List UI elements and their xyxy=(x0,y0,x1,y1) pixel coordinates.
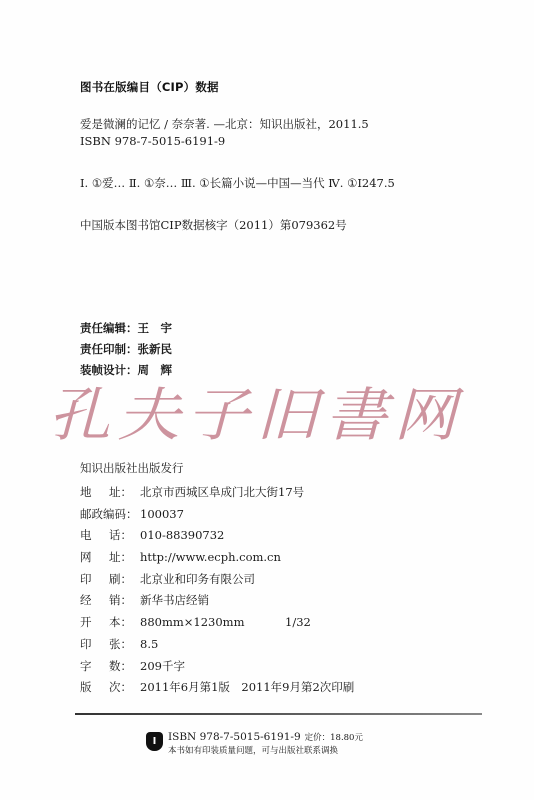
watermark: 孔夫子旧書网 xyxy=(48,382,534,448)
isbn-price-line: ISBN 978-7-5015-6191-9定价：18.80元 xyxy=(168,731,363,743)
colophon-key: 话： xyxy=(109,525,132,547)
divider-rule xyxy=(75,713,482,715)
quality-note: 本书如有印装质量问题，可与出版社联系调换 xyxy=(168,744,338,756)
colophon-key: 地 xyxy=(80,482,92,504)
colophon-key: 销： xyxy=(109,590,132,612)
price: 定价：18.80元 xyxy=(305,733,363,743)
colophon-value: 北京业和印务有限公司 xyxy=(140,569,255,591)
colophon-key: 网 xyxy=(80,547,92,569)
colophon-value: 209千字 xyxy=(140,656,185,678)
colophon-key: 刷： xyxy=(109,569,132,591)
isbn-number: ISBN 978-7-5015-6191-9 xyxy=(168,731,301,743)
format-fraction: 1/32 xyxy=(285,612,311,634)
credits-list: 责任编辑：王 宇 责任印制：张新民 装帧设计：周 辉 xyxy=(80,318,172,381)
colophon-value: 2011年6月第1版 2011年9月第2次印刷 xyxy=(140,677,354,699)
colophon-key: 邮政编码： xyxy=(80,504,138,526)
credit-label: 责任编辑： xyxy=(80,321,138,335)
credit-value: 张新民 xyxy=(138,342,173,356)
credit-row: 责任印制：张新民 xyxy=(80,339,172,360)
colophon-value: 010-88390732 xyxy=(140,525,224,547)
credit-label: 装帧设计： xyxy=(80,363,138,377)
colophon-key: 址： xyxy=(109,547,132,569)
colophon-key: 次： xyxy=(109,677,132,699)
cip-record: 爱是微澜的记忆 / 奈奈著. —北京：知识出版社，2011.5 ISBN 978… xyxy=(80,116,369,150)
colophon-key: 字 xyxy=(80,656,92,678)
colophon-key: 版 xyxy=(80,677,92,699)
colophon-key: 电 xyxy=(80,525,92,547)
colophon-key: 经 xyxy=(80,590,92,612)
website-link[interactable]: http://www.ecph.com.cn xyxy=(140,547,281,569)
credit-value: 周 辉 xyxy=(138,363,173,377)
cip-title-line: 爱是微澜的记忆 / 奈奈著. —北京：知识出版社，2011.5 xyxy=(80,116,369,133)
colophon-value: 新华书店经销 xyxy=(140,590,209,612)
colophon-value: 100037 xyxy=(140,504,184,526)
colophon-key: 本： xyxy=(109,612,132,634)
colophon-value: 北京市西城区阜成门北大街17号 xyxy=(140,482,304,504)
colophon-key: 印 xyxy=(80,634,92,656)
cip-classification: Ⅰ. ①爱… Ⅱ. ①奈… Ⅲ. ①长篇小说—中国—当代 Ⅳ. ①I247.5 xyxy=(80,175,395,191)
publisher-line: 知识出版社出版发行 xyxy=(80,460,184,476)
copyright-page: 图书在版编目（CIP）数据 爱是微澜的记忆 / 奈奈著. —北京：知识出版社，2… xyxy=(0,0,534,800)
credit-label: 责任印制： xyxy=(80,342,138,356)
credit-row: 装帧设计：周 辉 xyxy=(80,360,172,381)
credit-value: 王 宇 xyxy=(138,321,173,335)
colophon-value: 8.5 xyxy=(140,634,158,656)
cip-isbn-line: ISBN 978-7-5015-6191-9 xyxy=(80,133,369,150)
credit-row: 责任编辑：王 宇 xyxy=(80,318,172,339)
colophon-value: 880mm×1230mm xyxy=(140,612,244,634)
colophon-key: 印 xyxy=(80,569,92,591)
publisher-logo-icon: I xyxy=(146,732,163,751)
colophon-key: 数： xyxy=(109,656,132,678)
colophon-key: 张： xyxy=(109,634,132,656)
colophon-key: 开 xyxy=(80,612,92,634)
colophon-key: 址： xyxy=(109,482,132,504)
cip-approval-number: 中国版本图书馆CIP数据核字（2011）第079362号 xyxy=(80,217,347,233)
cip-heading: 图书在版编目（CIP）数据 xyxy=(80,79,219,95)
